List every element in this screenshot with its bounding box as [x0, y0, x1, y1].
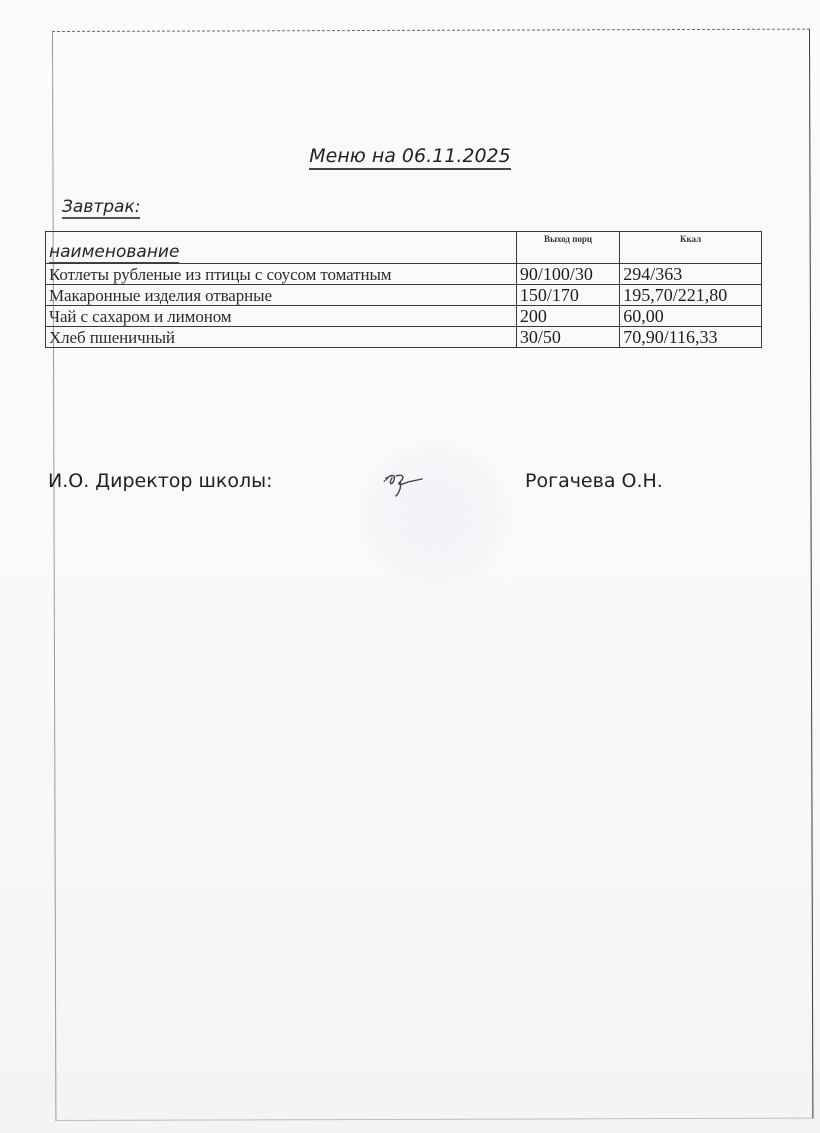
dish-output: 90/100/30	[516, 264, 619, 285]
header-name: наименование	[46, 232, 517, 264]
table-row: Хлеб пшеничный 30/50 70,90/116,33	[46, 327, 762, 348]
dish-name: Макаронные изделия отварные	[46, 285, 517, 306]
table-row: Котлеты рубленые из птицы с соусом томат…	[46, 264, 762, 285]
table-row: Макаронные изделия отварные 150/170 195,…	[46, 285, 762, 306]
faint-stamp	[360, 440, 510, 590]
signature-block: И.О. Директор школы: Рогачева О.Н.	[48, 466, 768, 506]
menu-table: наименование Выход порц Ккал Котлеты руб…	[45, 231, 762, 348]
header-output: Выход порц	[516, 232, 619, 264]
paper-sheet: Меню на 06.11.2025 Завтрак: наименование…	[0, 0, 820, 1133]
menu-title-text: Меню на 06.11.2025	[309, 145, 510, 170]
header-kcal: Ккал	[620, 232, 762, 264]
menu-title: Меню на 06.11.2025	[0, 145, 820, 167]
dish-output: 200	[516, 306, 619, 327]
dish-kcal: 195,70/221,80	[620, 285, 762, 306]
handwritten-signature-icon	[378, 464, 438, 504]
director-name: Рогачева О.Н.	[525, 470, 663, 492]
dish-kcal: 70,90/116,33	[620, 327, 762, 348]
dish-output: 30/50	[516, 327, 619, 348]
meal-heading: Завтрак:	[62, 197, 140, 219]
dish-name: Котлеты рубленые из птицы с соусом томат…	[46, 264, 517, 285]
dish-name: Хлеб пшеничный	[46, 327, 517, 348]
dish-output: 150/170	[516, 285, 619, 306]
table-header-row: наименование Выход порц Ккал	[46, 232, 762, 264]
dish-kcal: 294/363	[620, 264, 762, 285]
table-row: Чай с сахаром и лимоном 200 60,00	[46, 306, 762, 327]
dish-name: Чай с сахаром и лимоном	[46, 306, 517, 327]
dish-kcal: 60,00	[620, 306, 762, 327]
signature-label: И.О. Директор школы:	[48, 470, 273, 492]
